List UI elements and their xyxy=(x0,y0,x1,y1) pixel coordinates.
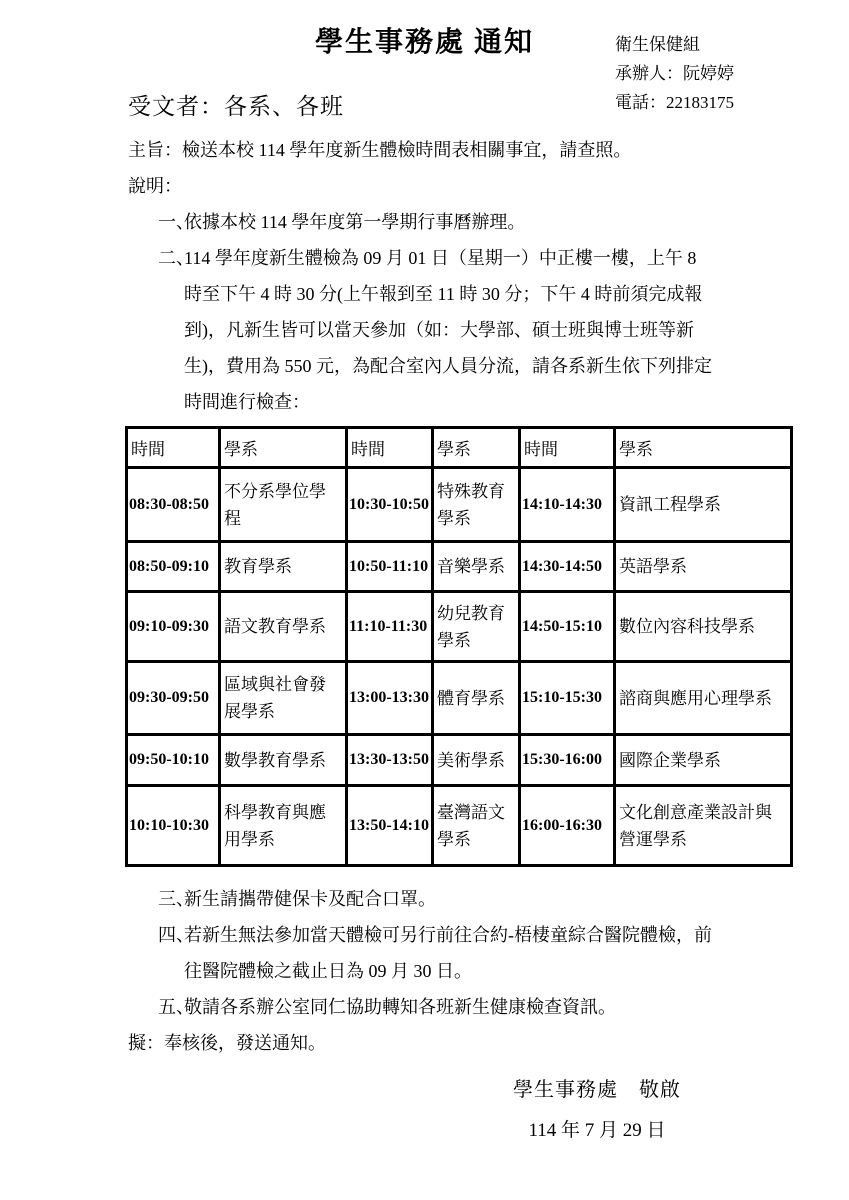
table-row: 08:50-09:10 教育學系 10:50-11:10 音樂學系 14:30-… xyxy=(127,542,792,592)
time-cell: 13:50-14:10 xyxy=(347,786,433,866)
contact-person: 承辦人：阮婷婷 xyxy=(615,59,734,88)
column-header-dept: 學系 xyxy=(220,428,347,468)
column-header-time: 時間 xyxy=(347,428,433,468)
dept-cell: 特殊教育學系 xyxy=(433,468,520,542)
time-cell: 13:30-13:50 xyxy=(347,735,433,786)
notice-document: 學生事務處 通知 衛生保健組 承辦人：阮婷婷 電話：22183175 受文者：各… xyxy=(0,0,849,1200)
column-header-time: 時間 xyxy=(520,428,615,468)
table-row: 09:30-09:50 區域與社會發展學系 13:00-13:30 體育學系 1… xyxy=(127,662,792,735)
time-cell: 09:30-09:50 xyxy=(127,662,220,735)
contact-block: 衛生保健組 承辦人：阮婷婷 電話：22183175 xyxy=(615,30,734,117)
time-cell: 14:10-14:30 xyxy=(520,468,615,542)
item-text: 若新生無法參加當天體檢可另行前往合約-梧棲童綜合醫院體檢，前往醫院體檢之截止日為… xyxy=(184,917,714,989)
time-cell: 08:30-08:50 xyxy=(127,468,220,542)
time-cell: 10:10-10:30 xyxy=(127,786,220,866)
time-cell: 11:10-11:30 xyxy=(347,592,433,662)
item-number: 二、 xyxy=(128,240,184,420)
time-cell: 09:10-09:30 xyxy=(127,592,220,662)
dept-cell: 幼兒教育學系 xyxy=(433,592,520,662)
time-cell: 14:50-15:10 xyxy=(520,592,615,662)
column-header-dept: 學系 xyxy=(433,428,520,468)
table-header-row: 時間 學系 時間 學系 時間 學系 xyxy=(127,428,792,468)
time-cell: 09:50-10:10 xyxy=(127,735,220,786)
schedule-table: 時間 學系 時間 學系 時間 學系 08:30-08:50 不分系學位學程 10… xyxy=(125,426,793,867)
list-item-5: 五、 敬請各系辦公室同仁協助轉知各班新生健康檢查資訊。 xyxy=(128,989,791,1025)
dept-cell: 國際企業學系 xyxy=(615,735,792,786)
column-header-dept: 學系 xyxy=(615,428,792,468)
time-cell: 16:00-16:30 xyxy=(520,786,615,866)
dept-cell: 美術學系 xyxy=(433,735,520,786)
dept-cell: 數位內容科技學系 xyxy=(615,592,792,662)
recipient-line: 受文者：各系、各班 xyxy=(128,88,344,121)
list-item-4: 四、 若新生無法參加當天體檢可另行前往合約-梧棲童綜合醫院體檢，前往醫院體檢之截… xyxy=(128,917,791,989)
signature-date: 114 年 7 月 29 日 xyxy=(513,1109,681,1153)
dept-cell: 教育學系 xyxy=(220,542,347,592)
explanation-label: 說明： xyxy=(128,168,791,204)
dept-cell: 語文教育學系 xyxy=(220,592,347,662)
time-cell: 10:30-10:50 xyxy=(347,468,433,542)
item-number: 五、 xyxy=(128,989,184,1025)
dept-cell: 英語學系 xyxy=(615,542,792,592)
contact-phone: 電話：22183175 xyxy=(615,88,734,117)
list-item-1: 一、 依據本校 114 學年度第一學期行事曆辦理。 xyxy=(128,204,791,240)
signature-block: 學生事務處 敬啟 114 年 7 月 29 日 xyxy=(513,1071,681,1153)
time-cell: 10:50-11:10 xyxy=(347,542,433,592)
time-cell: 14:30-14:50 xyxy=(520,542,615,592)
contact-unit: 衛生保健組 xyxy=(615,30,734,59)
table-row: 09:10-09:30 語文教育學系 11:10-11:30 幼兒教育學系 14… xyxy=(127,592,792,662)
list-item-2: 二、 114 學年度新生體檢為 09 月 01 日（星期一）中正樓一樓，上午 8… xyxy=(128,240,791,420)
subject-line: 主旨：檢送本校 114 學年度新生體檢時間表相關事宜，請查照。 xyxy=(128,132,791,168)
item-number: 三、 xyxy=(128,881,184,917)
signature-line: 學生事務處 敬啟 xyxy=(513,1071,681,1109)
time-cell: 13:00-13:30 xyxy=(347,662,433,735)
list-item-3: 三、 新生請攜帶健保卡及配合口罩。 xyxy=(128,881,791,917)
dept-cell: 科學教育與應用學系 xyxy=(220,786,347,866)
time-cell: 15:10-15:30 xyxy=(520,662,615,735)
item-number: 四、 xyxy=(128,917,184,989)
dept-cell: 體育學系 xyxy=(433,662,520,735)
time-cell: 15:30-16:00 xyxy=(520,735,615,786)
time-cell: 08:50-09:10 xyxy=(127,542,220,592)
column-header-time: 時間 xyxy=(127,428,220,468)
doc-body: 主旨：檢送本校 114 學年度新生體檢時間表相關事宜，請查照。 說明： 一、 依… xyxy=(128,132,791,1153)
item-text: 敬請各系辦公室同仁協助轉知各班新生健康檢查資訊。 xyxy=(184,989,714,1025)
table-row: 10:10-10:30 科學教育與應用學系 13:50-14:10 臺灣語文學系… xyxy=(127,786,792,866)
dept-cell: 音樂學系 xyxy=(433,542,520,592)
dept-cell: 文化創意產業設計與營運學系 xyxy=(615,786,792,866)
dept-cell: 臺灣語文學系 xyxy=(433,786,520,866)
dept-cell: 不分系學位學程 xyxy=(220,468,347,542)
item-text: 依據本校 114 學年度第一學期行事曆辦理。 xyxy=(184,204,714,240)
item-text: 新生請攜帶健保卡及配合口罩。 xyxy=(184,881,714,917)
draft-note: 擬：奉核後，發送通知。 xyxy=(128,1025,791,1061)
dept-cell: 數學教育學系 xyxy=(220,735,347,786)
dept-cell: 諮商與應用心理學系 xyxy=(615,662,792,735)
item-number: 一、 xyxy=(128,204,184,240)
doc-header: 學生事務處 通知 衛生保健組 承辦人：阮婷婷 電話：22183175 受文者：各… xyxy=(0,0,849,132)
dept-cell: 區域與社會發展學系 xyxy=(220,662,347,735)
table-row: 09:50-10:10 數學教育學系 13:30-13:50 美術學系 15:3… xyxy=(127,735,792,786)
table-row: 08:30-08:50 不分系學位學程 10:30-10:50 特殊教育學系 1… xyxy=(127,468,792,542)
item-text: 114 學年度新生體檢為 09 月 01 日（星期一）中正樓一樓，上午 8 時至… xyxy=(184,240,714,420)
dept-cell: 資訊工程學系 xyxy=(615,468,792,542)
after-table-items: 三、 新生請攜帶健保卡及配合口罩。 四、 若新生無法參加當天體檢可另行前往合約-… xyxy=(128,881,791,1061)
